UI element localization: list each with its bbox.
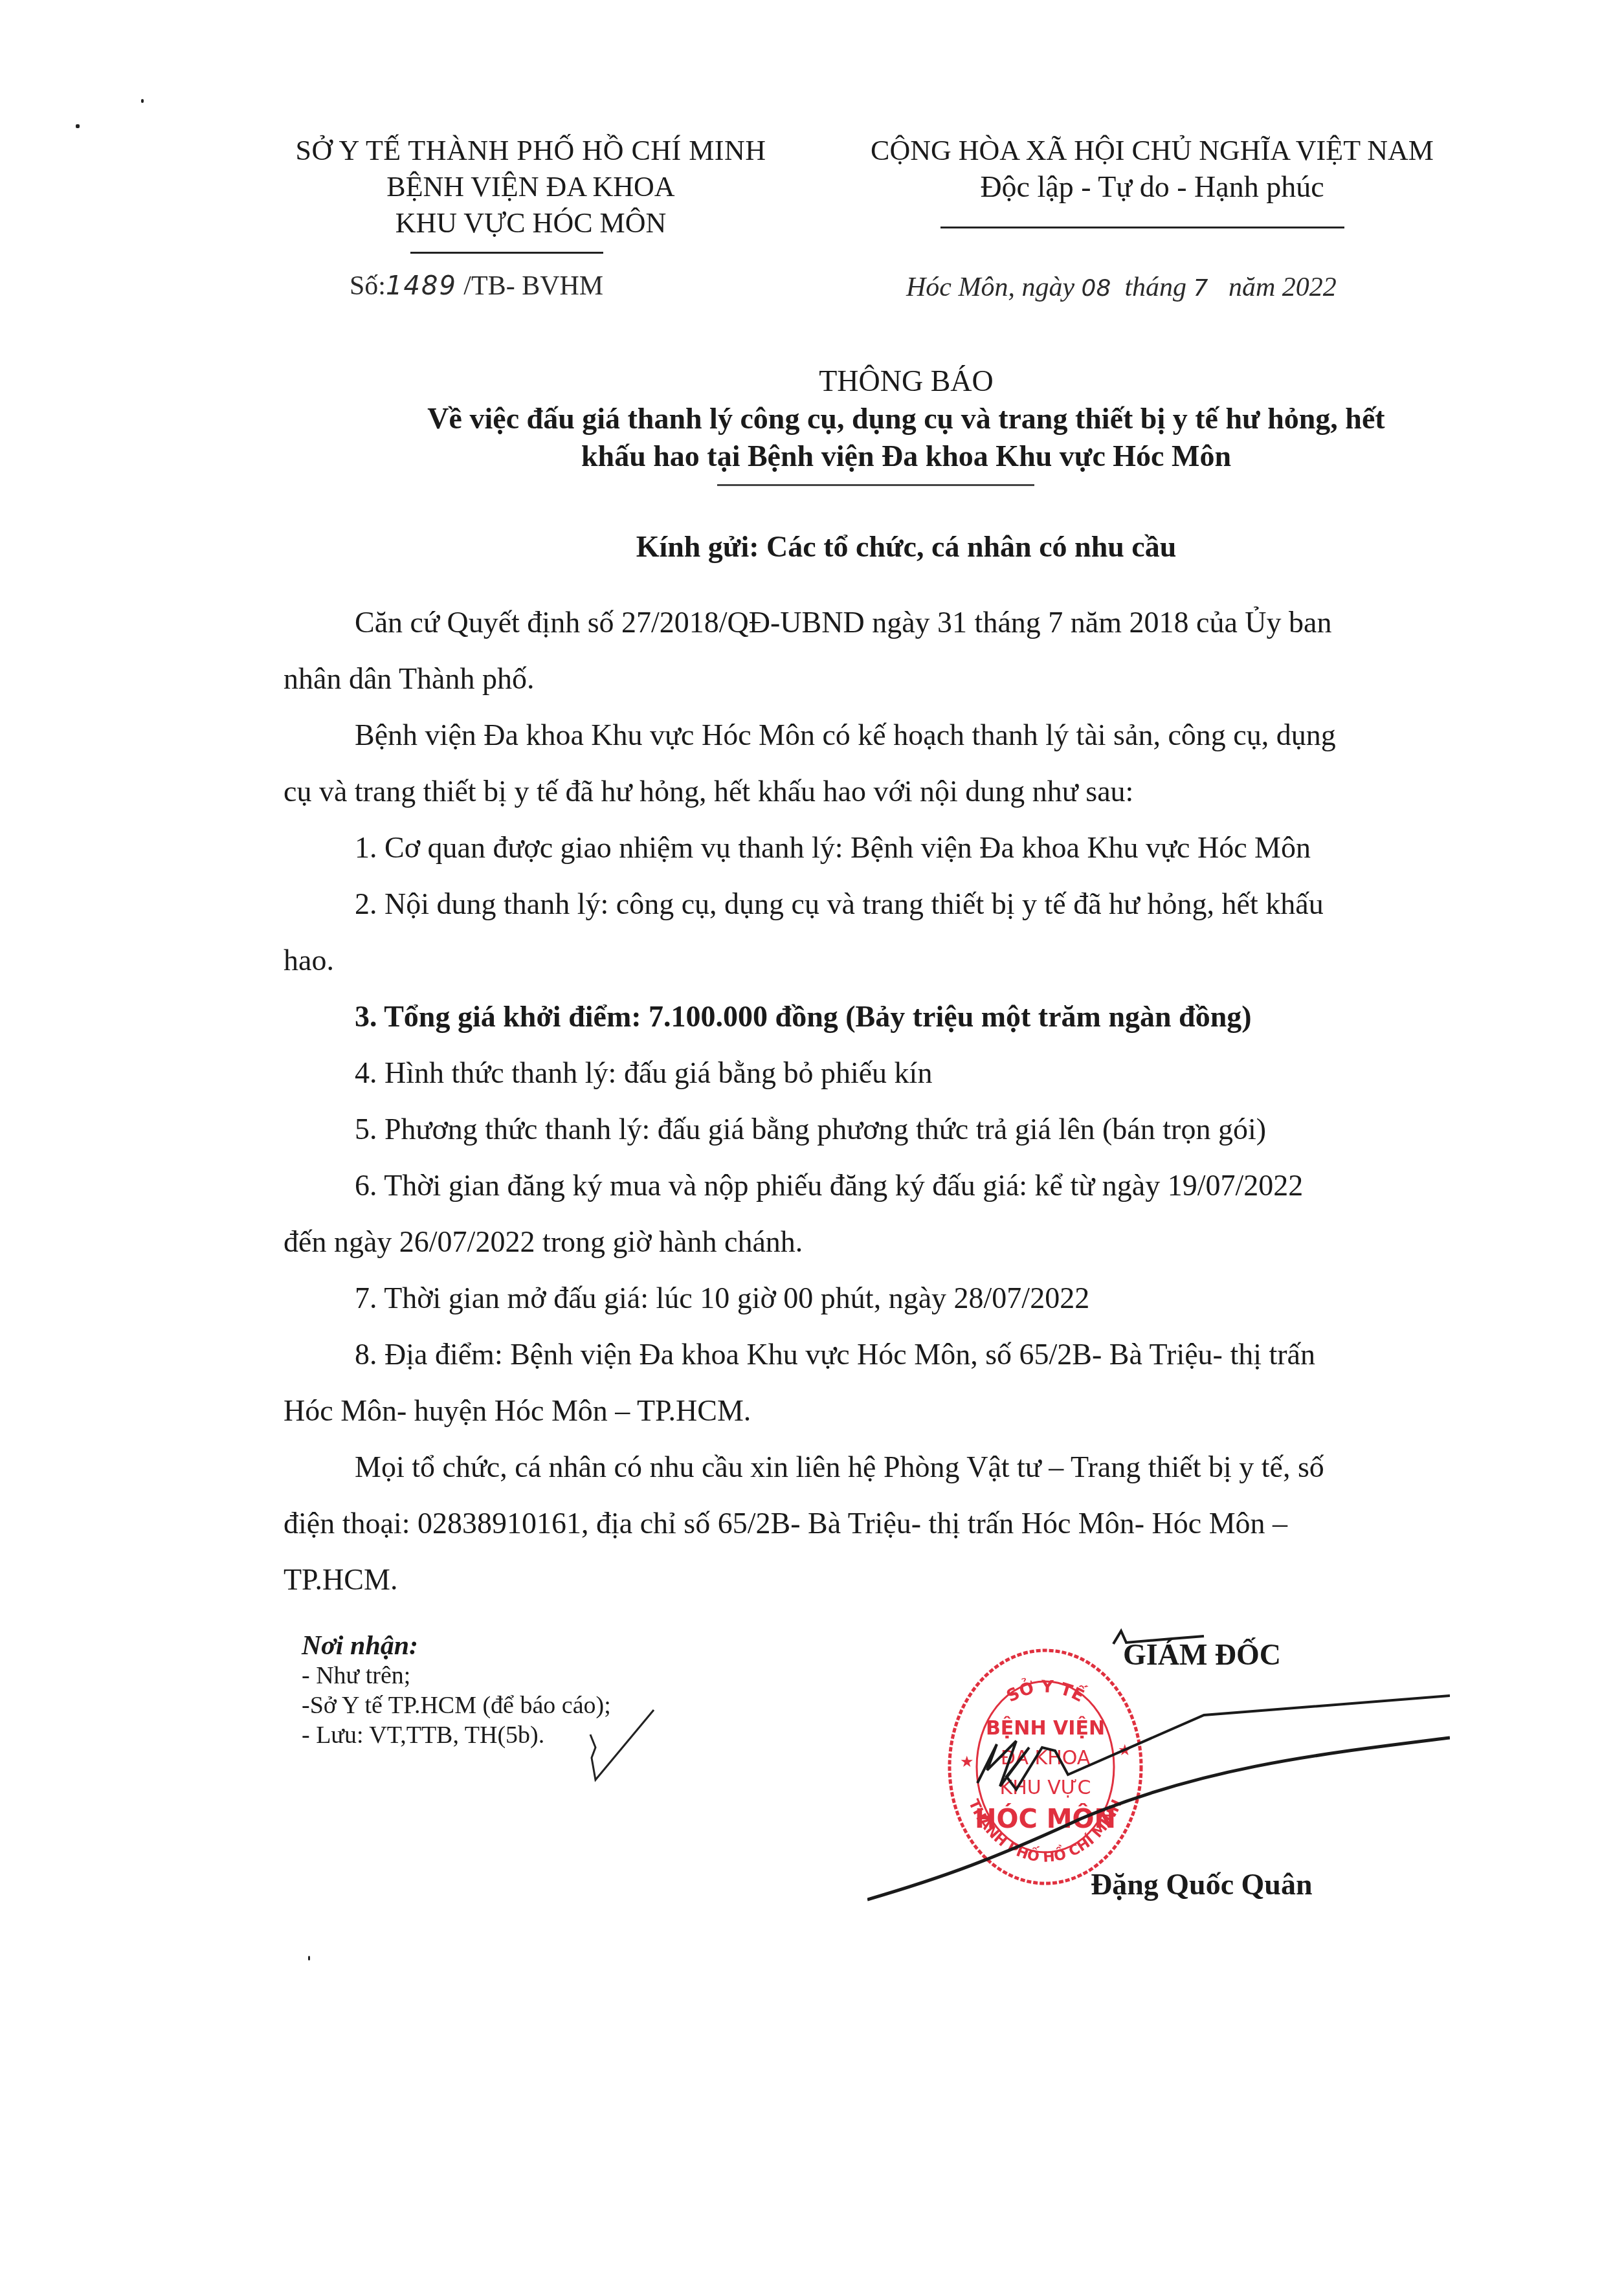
scan-speck [76,124,80,128]
header-left-divider [410,252,603,254]
document-number: Số:1489 /TB- BVHM [350,271,603,302]
document-title: THÔNG BÁO [324,364,1489,398]
parent-agency: SỞ Y TẾ THÀNH PHỐ HỒ CHÍ MINH [252,133,809,169]
hospital-name-line1: BỆNH VIỆN ĐA KHOA [252,169,809,205]
item-6-line1: 6. Thời gian đăng ký mua và nộp phiếu đă… [284,1157,1468,1214]
item-3-starting-price: 3. Tổng giá khởi điểm: 7.100.000 đồng (B… [284,988,1468,1045]
doc-number-handwritten: 1489 [386,271,457,301]
contact-line1: Mọi tổ chức, cá nhân có nhu cầu xin liên… [284,1439,1468,1495]
item-8-line2: Hóc Môn- huyện Hóc Môn – TP.HCM. [284,1382,1468,1439]
plan-line2: cụ và trang thiết bị y tế đã hư hỏng, hế… [284,763,1468,819]
date-place: Hóc Môn, ngày [906,272,1074,302]
date-year: năm 2022 [1229,272,1337,302]
hospital-name-line2: KHU VỰC HÓC MÔN [252,205,809,241]
subject-line2: khấu hao tại Bệnh viện Đa khoa Khu vực H… [324,438,1489,475]
recipients-block: Nơi nhận: - Như trên; -Sở Y tế TP.HCM (đ… [302,1631,611,1750]
recipient-item: - Như trên; [302,1661,611,1691]
plan-line1: Bệnh viện Đa khoa Khu vực Hóc Môn có kế … [284,707,1468,763]
initial-checkmark-icon [576,1709,693,1793]
contact-line2: điện thoại: 02838910161, địa chỉ số 65/2… [284,1495,1468,1551]
scan-speck [141,99,144,103]
document-subject: Về việc đấu giá thanh lý công cụ, dụng c… [324,400,1489,475]
country-name: CỘNG HÒA XÃ HỘI CHỦ NGHĨA VIỆT NAM [822,133,1482,169]
doc-number-prefix: Số: [350,271,386,301]
recipients-heading: Nơi nhận: [302,1631,611,1661]
date-day: 08 [1082,275,1111,302]
date-line: Hóc Môn, ngày 08 tháng 7 năm 2022 [906,272,1337,303]
scan-speck [308,1956,310,1960]
item-2-line1: 2. Nội dung thanh lý: công cụ, dụng cụ v… [284,876,1468,932]
item-1: 1. Cơ quan được giao nhiệm vụ thanh lý: … [284,819,1468,876]
basis-line1: Căn cứ Quyết định số 27/2018/QĐ-UBND ngà… [284,594,1468,650]
date-month: 7 [1194,275,1208,302]
document-body: Căn cứ Quyết định số 27/2018/QĐ-UBND ngà… [284,594,1468,1608]
contact-line3: TP.HCM. [284,1551,1468,1608]
item-6-line2: đến ngày 26/07/2022 trong giờ hành chánh… [284,1214,1468,1270]
subject-line1: Về việc đấu giá thanh lý công cụ, dụng c… [324,400,1489,438]
recipient-item: -Sở Y tế TP.HCM (để báo cáo); [302,1691,611,1720]
header-right-divider [940,227,1344,228]
signatory-name: Đặng Quốc Quân [1091,1867,1313,1901]
doc-number-suffix: /TB- BVHM [463,271,603,301]
item-4: 4. Hình thức thanh lý: đấu giá bằng bỏ p… [284,1045,1468,1101]
title-divider [717,484,1034,486]
item-8-line1: 8. Địa điểm: Bệnh viện Đa khoa Khu vực H… [284,1326,1468,1382]
date-month-label: tháng [1124,272,1186,302]
national-title: CỘNG HÒA XÃ HỘI CHỦ NGHĨA VIỆT NAM Độc l… [822,133,1482,205]
item-7: 7. Thời gian mở đấu giá: lúc 10 giờ 00 p… [284,1270,1468,1326]
addressee: Kính gửi: Các tổ chức, cá nhân có nhu cầ… [324,529,1489,564]
issuing-authority: SỞ Y TẾ THÀNH PHỐ HỒ CHÍ MINH BỆNH VIỆN … [252,133,809,241]
recipient-item: - Lưu: VT,TTB, TH(5b). [302,1720,611,1750]
national-motto: Độc lập - Tự do - Hạnh phúc [822,169,1482,205]
item-2-line2: hao. [284,932,1468,988]
basis-line2: nhân dân Thành phố. [284,650,1468,707]
item-5: 5. Phương thức thanh lý: đấu giá bằng ph… [284,1101,1468,1157]
